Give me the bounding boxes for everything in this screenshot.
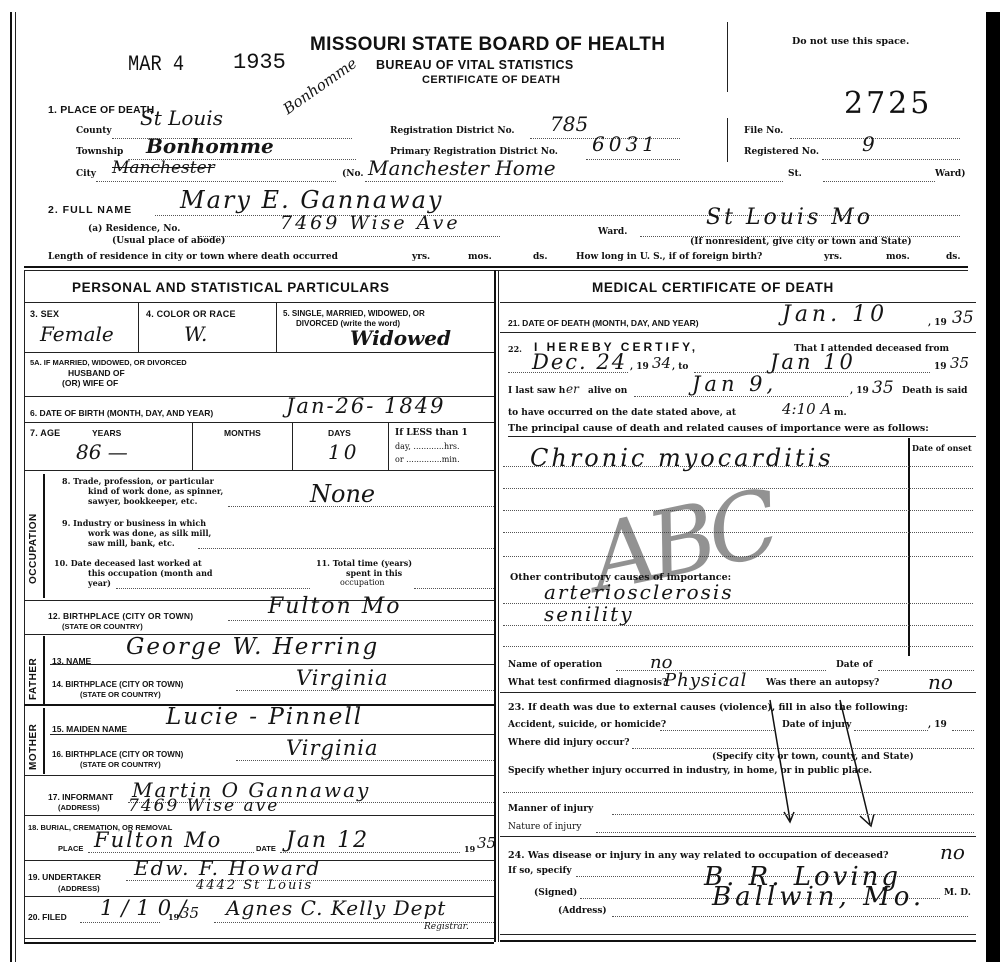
place-of-death-label: 1. PLACE OF DEATH [48,104,154,116]
attend-from-value: Dec. 24 [532,350,627,374]
less-hrs: day, ............hrs. [395,442,460,451]
injury-year-line [952,730,974,731]
sex-value: Female [40,322,114,346]
contributory-line-3 [503,646,973,647]
length-of-residence-label: Length of residence in city or town wher… [48,252,338,262]
informant-label: 17. INFORMANT [48,792,113,802]
column-divider-2 [498,270,499,942]
industry-label-3: saw mill, bank, etc. [88,538,175,548]
bottom-rule-left-2 [24,942,494,944]
mother-side-label: MOTHER [28,724,39,770]
contributory-value-1: arteriosclerosis [544,580,734,604]
mother-rule [24,775,494,776]
header-divider [727,22,728,92]
file-no-line [790,138,960,139]
father-side-rule [43,636,45,704]
father-name-line [50,664,494,665]
days-divider [388,422,389,470]
last-worked-label-1: 10. Date deceased last worked at [54,558,202,568]
county-label: County [76,126,112,136]
burial-place-line [88,852,254,853]
onset-label: Date of onset [912,443,972,453]
mother-birthplace-label: 16. BIRTHPLACE (CITY OR TOWN) [52,750,183,759]
nature-line [596,832,974,833]
occupation-side-rule [43,474,45,598]
last-saw-line [634,396,848,397]
spouse-label-3: (OR) WIFE OF [62,378,118,388]
birthplace-value: Fulton Mo [268,594,402,619]
manner-line [612,814,974,815]
last-saw-year: 35 [872,378,894,398]
attend-from-year-prefix: , 19 [630,362,649,372]
nature-rule [500,836,976,837]
undertaker-address-value: 4442 St Louis [196,878,313,893]
registered-no-value: 9 [862,132,875,156]
bottom-rule-right-1 [500,934,976,935]
informant-address-value: 7469 Wise ave [128,796,279,816]
last-saw-value: Jan 9, [692,372,777,396]
last-saw-label-2: alive on [588,386,627,396]
burial-year-value: 35 [477,834,496,852]
last-worked-label-2: this occupation (month and [88,568,212,578]
bottom-rule-right-2 [500,940,976,942]
operation-label: Name of operation [508,660,602,670]
death-said-label: Death is said [902,386,967,396]
abode-note: (Usual place of abode) [112,236,225,246]
burial-place-label: PLACE [58,844,83,853]
race-divider [276,302,277,352]
township-value: Bonhomme [146,134,274,158]
occupation-related-value: no [940,840,965,864]
primary-reg-line [586,159,680,160]
foreign-ds: ds. [946,252,961,262]
contributory-line-2 [503,625,973,626]
received-stamp: MAR 4 [128,52,184,77]
registrar-value: Agnes C. Kelly Dept [226,896,446,920]
dob-rule [24,422,494,423]
nonresident-value: St Louis Mo [706,205,873,230]
industry-label-2: work was done, as silk mill, [88,528,211,538]
mother-birthplace-value: Virginia [286,736,378,760]
diagnosis-rule [500,692,976,693]
last-worked-label-3: year) [88,578,111,588]
father-birthplace-value: Virginia [296,666,388,690]
office-note: Do not use this space. [792,36,909,47]
received-stamp-year: 1935 [233,50,286,75]
bureau-title: BUREAU OF VITAL STATISTICS [376,58,574,72]
father-name-value: George W. Herring [126,634,379,660]
informant-address-label: (ADDRESS) [58,803,100,812]
city-value: Manchester [112,158,215,178]
left-border-inner [15,12,16,962]
mother-maiden-value: Lucie - Pinnell [166,704,363,730]
undertaker-name-value: Edw. F. Howard [134,856,321,880]
dob-value: Jan-26- 1849 [286,394,446,418]
cause-label-rule [508,436,976,437]
strike-marks [760,690,900,830]
injury-date-suffix: , 19 [928,720,947,730]
less-min: or ..............min. [395,455,460,464]
bottom-rule-left-1 [24,938,494,939]
mother-maiden-label: 15. MAIDEN NAME [52,724,127,734]
birthplace-label: 12. BIRTHPLACE (CITY OR TOWN) [48,611,193,621]
dod-rule [500,332,976,333]
attend-to-value: Jan 10 [770,350,856,374]
certificate-title: CERTIFICATE OF DEATH [422,74,560,86]
no-label: (No. [342,169,363,179]
primary-reg-value: 6031 [592,132,659,156]
informant-rule [24,815,494,816]
main-top-rule-2 [24,270,968,271]
dob-label: 6. DATE OF BIRTH (MONTH, DAY, AND YEAR) [30,408,213,418]
father-birthplace-label-2: (STATE OR COUNTRY) [80,690,161,699]
mother-maiden-line [50,734,494,735]
file-no-label: File No. [744,126,783,136]
right-scan-edge [986,12,1000,962]
total-time-label-1: 11. Total time (years) [316,558,412,568]
race-value: W. [184,322,207,346]
time-suffix: m. [834,408,847,418]
foreign-label: How long in U. S., if of foreign birth? [576,252,762,262]
burial-date-label: DATE [256,844,276,853]
where-label: Where did injury occur? [508,738,630,748]
length-yrs: yrs. [412,252,430,262]
address-label: (Address) [558,906,607,916]
left-col-border [24,270,25,942]
ward-label-2: Ward. [598,227,627,237]
total-time-label-2: spent in this [346,568,402,578]
township-label: Township [76,147,123,157]
received-stamp-date: MAR 4 [128,52,184,77]
reg-district-value: 785 [550,112,588,136]
diagnosis-label: What test confirmed diagnosis? [508,678,667,688]
sex-divider [138,302,139,352]
foreign-yrs: yrs. [824,252,842,262]
last-saw-year-prefix: , 19 [850,386,869,396]
onset-column-rule [908,438,910,656]
last-saw-pronoun: er [566,382,579,396]
filed-label: 20. FILED [28,912,67,922]
race-label: 4. COLOR OR RACE [146,309,236,319]
accident-label: Accident, suicide, or homicide? [508,720,666,730]
occupation-side-label: OCCUPATION [28,513,39,584]
less-than-label: If LESS than 1 [395,428,468,438]
total-time-line [414,588,494,589]
medical-section-title: MEDICAL CERTIFICATE OF DEATH [592,280,834,295]
sex-row-rule [24,352,494,353]
ward-label: Ward) [935,169,965,179]
file-divider [727,118,728,162]
registered-no-label: Registered No. [744,147,819,157]
cause-value: Chronic myocarditis [530,444,834,472]
occurred-label: to have occurred on the date stated abov… [508,408,736,418]
undertaker-address-label: (ADDRESS) [58,884,100,893]
birthplace-label-2: (STATE OR COUNTRY) [62,622,143,631]
full-name-value: Mary E. Gannaway [180,186,443,214]
attend-to-year: 35 [950,354,969,372]
certify-number: 22. [508,344,522,354]
burial-place-value: Fulton Mo [94,828,222,852]
years-label: YEARS [92,428,121,438]
dod-year: 35 [952,308,974,328]
st-label: St. [788,169,802,179]
manner-label: Manner of injury [508,804,593,814]
full-name-label: 2. FULL NAME [48,204,132,216]
spouse-label-2: HUSBAND OF [68,368,125,378]
industry-label-1: 9. Industry or business in which [62,518,206,528]
accident-line [660,730,774,731]
occupation-related-label: 24. Was disease or injury in any way rel… [508,850,889,861]
days-value: 10 [328,440,359,464]
residence-label: (a) Residence, No. [88,224,180,234]
primary-reg-label: Primary Registration District No. [390,147,558,157]
burial-year-prefix: 19 [464,844,475,854]
address-value: Ballwin, Mo. [712,882,925,912]
age-rule [24,470,494,471]
operation-date-line [878,670,974,671]
length-mos: mos. [468,252,492,262]
nonresident-note: (If nonresident, give city or town and S… [690,237,912,247]
nature-label: Nature of injury [508,822,581,832]
mother-birthplace-line [236,760,494,761]
marital-value: Widowed [350,326,451,350]
trade-label-3: sawyer, bookkeeper, etc. [88,496,197,506]
county-value: St Louis [140,106,223,130]
address-line [612,916,968,917]
trade-label-1: 8. Trade, profession, or particular [62,476,214,486]
registered-no-line [822,159,960,160]
main-top-rule [24,266,968,268]
last-worked-line [116,588,310,589]
time-value: 4:10 A [782,400,831,418]
filed-year-prefix: 19 [168,912,179,922]
trade-label-2: kind of work done, as spinner, [88,486,223,496]
md-label: M. D. [944,888,971,898]
attend-to-year-prefix: 19 [934,362,947,372]
days-label: DAYS [328,428,351,438]
father-side-label: FATHER [28,658,39,700]
last-saw-label: I last saw h [508,386,565,396]
personal-rule [24,302,494,303]
mother-side-rule [43,708,45,774]
signed-label: (Signed) [534,888,577,898]
years-value: 86 — [76,440,128,464]
city-label: City [76,169,96,179]
filed-line [80,922,160,923]
trade-value: None [310,480,375,508]
residence-line [200,236,500,237]
city-line [96,181,336,182]
board-title: MISSOURI STATE BOARD OF HEALTH [310,34,665,56]
certificate-number: 2725 [844,86,932,121]
left-border [10,12,12,962]
months-divider [292,422,293,470]
no-value: Manchester Home [368,156,556,180]
contributory-value-2: senility [544,602,634,626]
mother-birthplace-label-2: (STATE OR COUNTRY) [80,760,161,769]
autopsy-value: no [928,670,953,694]
dod-year-prefix: , 19 [928,318,947,328]
length-ds: ds. [533,252,548,262]
dod-label: 21. DATE OF DEATH (MONTH, DAY, AND YEAR) [508,318,699,328]
filed-year-value: 35 [180,904,199,922]
father-birthplace-line [236,690,494,691]
months-label: MONTHS [224,428,261,438]
medical-title-rule [500,302,976,303]
birthplace-line [228,620,494,621]
operation-date-label: Date of [836,660,873,670]
industry-line [198,548,494,549]
occupation-rule [24,600,494,601]
ward-line [823,181,935,182]
diagnosis-value: Physical [664,670,747,691]
age-label: 7. AGE [30,428,60,438]
cause-label: The principal cause of death and related… [508,423,929,434]
dod-value: Jan. 10 [782,302,888,327]
attend-from-year: 34 [652,354,671,372]
total-time-label-3: occupation [340,578,385,587]
residence-value: 7469 Wise Ave [280,212,461,234]
years-divider [192,422,193,470]
attend-to-label: , to [672,362,688,372]
cause-line-1 [503,466,973,467]
father-birthplace-label: 14. BIRTHPLACE (CITY OR TOWN) [52,680,183,689]
burial-date-value: Jan 12 [286,828,369,853]
county-annotation: Bonhomme [280,54,361,118]
personal-section-title: PERSONAL AND STATISTICAL PARTICULARS [72,280,390,295]
if-so-label: If so, specify [508,866,572,876]
undertaker-label: 19. UNDERTAKER [28,872,101,882]
foreign-mos: mos. [886,252,910,262]
registrar-label: Registrar. [424,922,469,932]
specify-line [503,792,973,793]
marital-label: 5. SINGLE, MARRIED, WIDOWED, OR [283,309,425,318]
reg-district-label: Registration District No. [390,126,515,136]
no-line [365,181,783,182]
spouse-label: 5A. IF MARRIED, WIDOWED, OR DIVORCED [30,358,187,367]
sex-label: 3. SEX [30,309,59,319]
autopsy-label: Was there an autopsy? [766,678,879,688]
